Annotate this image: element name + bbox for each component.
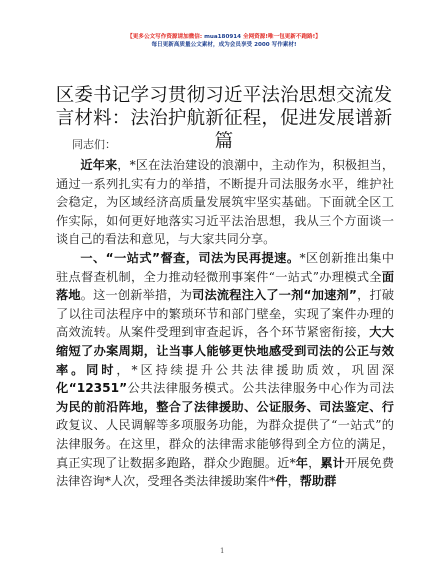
promo-banner: 【更多公文写作资源请加微信: mua180914 全网资源!唯一包更新不跑路!】…	[0, 33, 448, 49]
paragraph-intro: 近年来，*区在法治建设的浪潮中，主动作为，积极担当，通过一系列扎实有力的举措，不…	[56, 156, 394, 249]
promo-text: 【更多公文写作资源请加微信:	[127, 34, 204, 40]
text-segment: ，*区持续提升公共法律援助质效，巩固深	[116, 363, 394, 377]
bold-text-segment: 件	[275, 474, 287, 488]
bold-text-segment: 化“12351”	[56, 381, 127, 395]
promo-banner-line1: 【更多公文写作资源请加微信: mua180914 全网资源!唯一包更新不跑路!】	[0, 33, 448, 41]
bold-text-segment: 一、“一站式”督查，司法为民再提速。	[80, 251, 299, 265]
bold-text-segment: 为民的前沿阵地，整合了法律援助、公证服务、司法鉴定、行	[56, 400, 394, 414]
text-segment: 。这一创新举措，为	[81, 288, 192, 302]
text-segment: ，	[308, 456, 320, 470]
paragraph-section-one: 一、“一站式”督查，司法为民再提速。*区创新推出集中驻点督查机制，全力推动轻微刑…	[56, 249, 394, 491]
salutation: 同志们：	[72, 136, 116, 152]
bold-text-segment: 累计	[320, 456, 345, 470]
bold-text-segment: 年	[296, 456, 308, 470]
promo-banner-line2: 每日更新高质量公文素材，成为会员享受 2000 写作素材!	[0, 41, 448, 49]
page-number: 1	[220, 547, 224, 555]
bold-text-segment: 帮助群	[300, 474, 337, 488]
wechat-id: mua180914	[204, 34, 241, 40]
bold-text-segment: 近年来	[80, 158, 117, 172]
promo-text-suffix: 全网资源!唯一包更新不跑路!】	[241, 34, 321, 40]
document-body: 近年来，*区在法治建设的浪潮中，主动作为，积极担当，通过一系列扎实有力的举措，不…	[56, 156, 394, 491]
text-segment: ，	[288, 474, 300, 488]
bold-text-segment: 司法流程注入了一剂“加速剂”	[192, 288, 357, 302]
text-segment: 公共法律服务模式。公共法律服务中心作为司法	[127, 381, 394, 395]
